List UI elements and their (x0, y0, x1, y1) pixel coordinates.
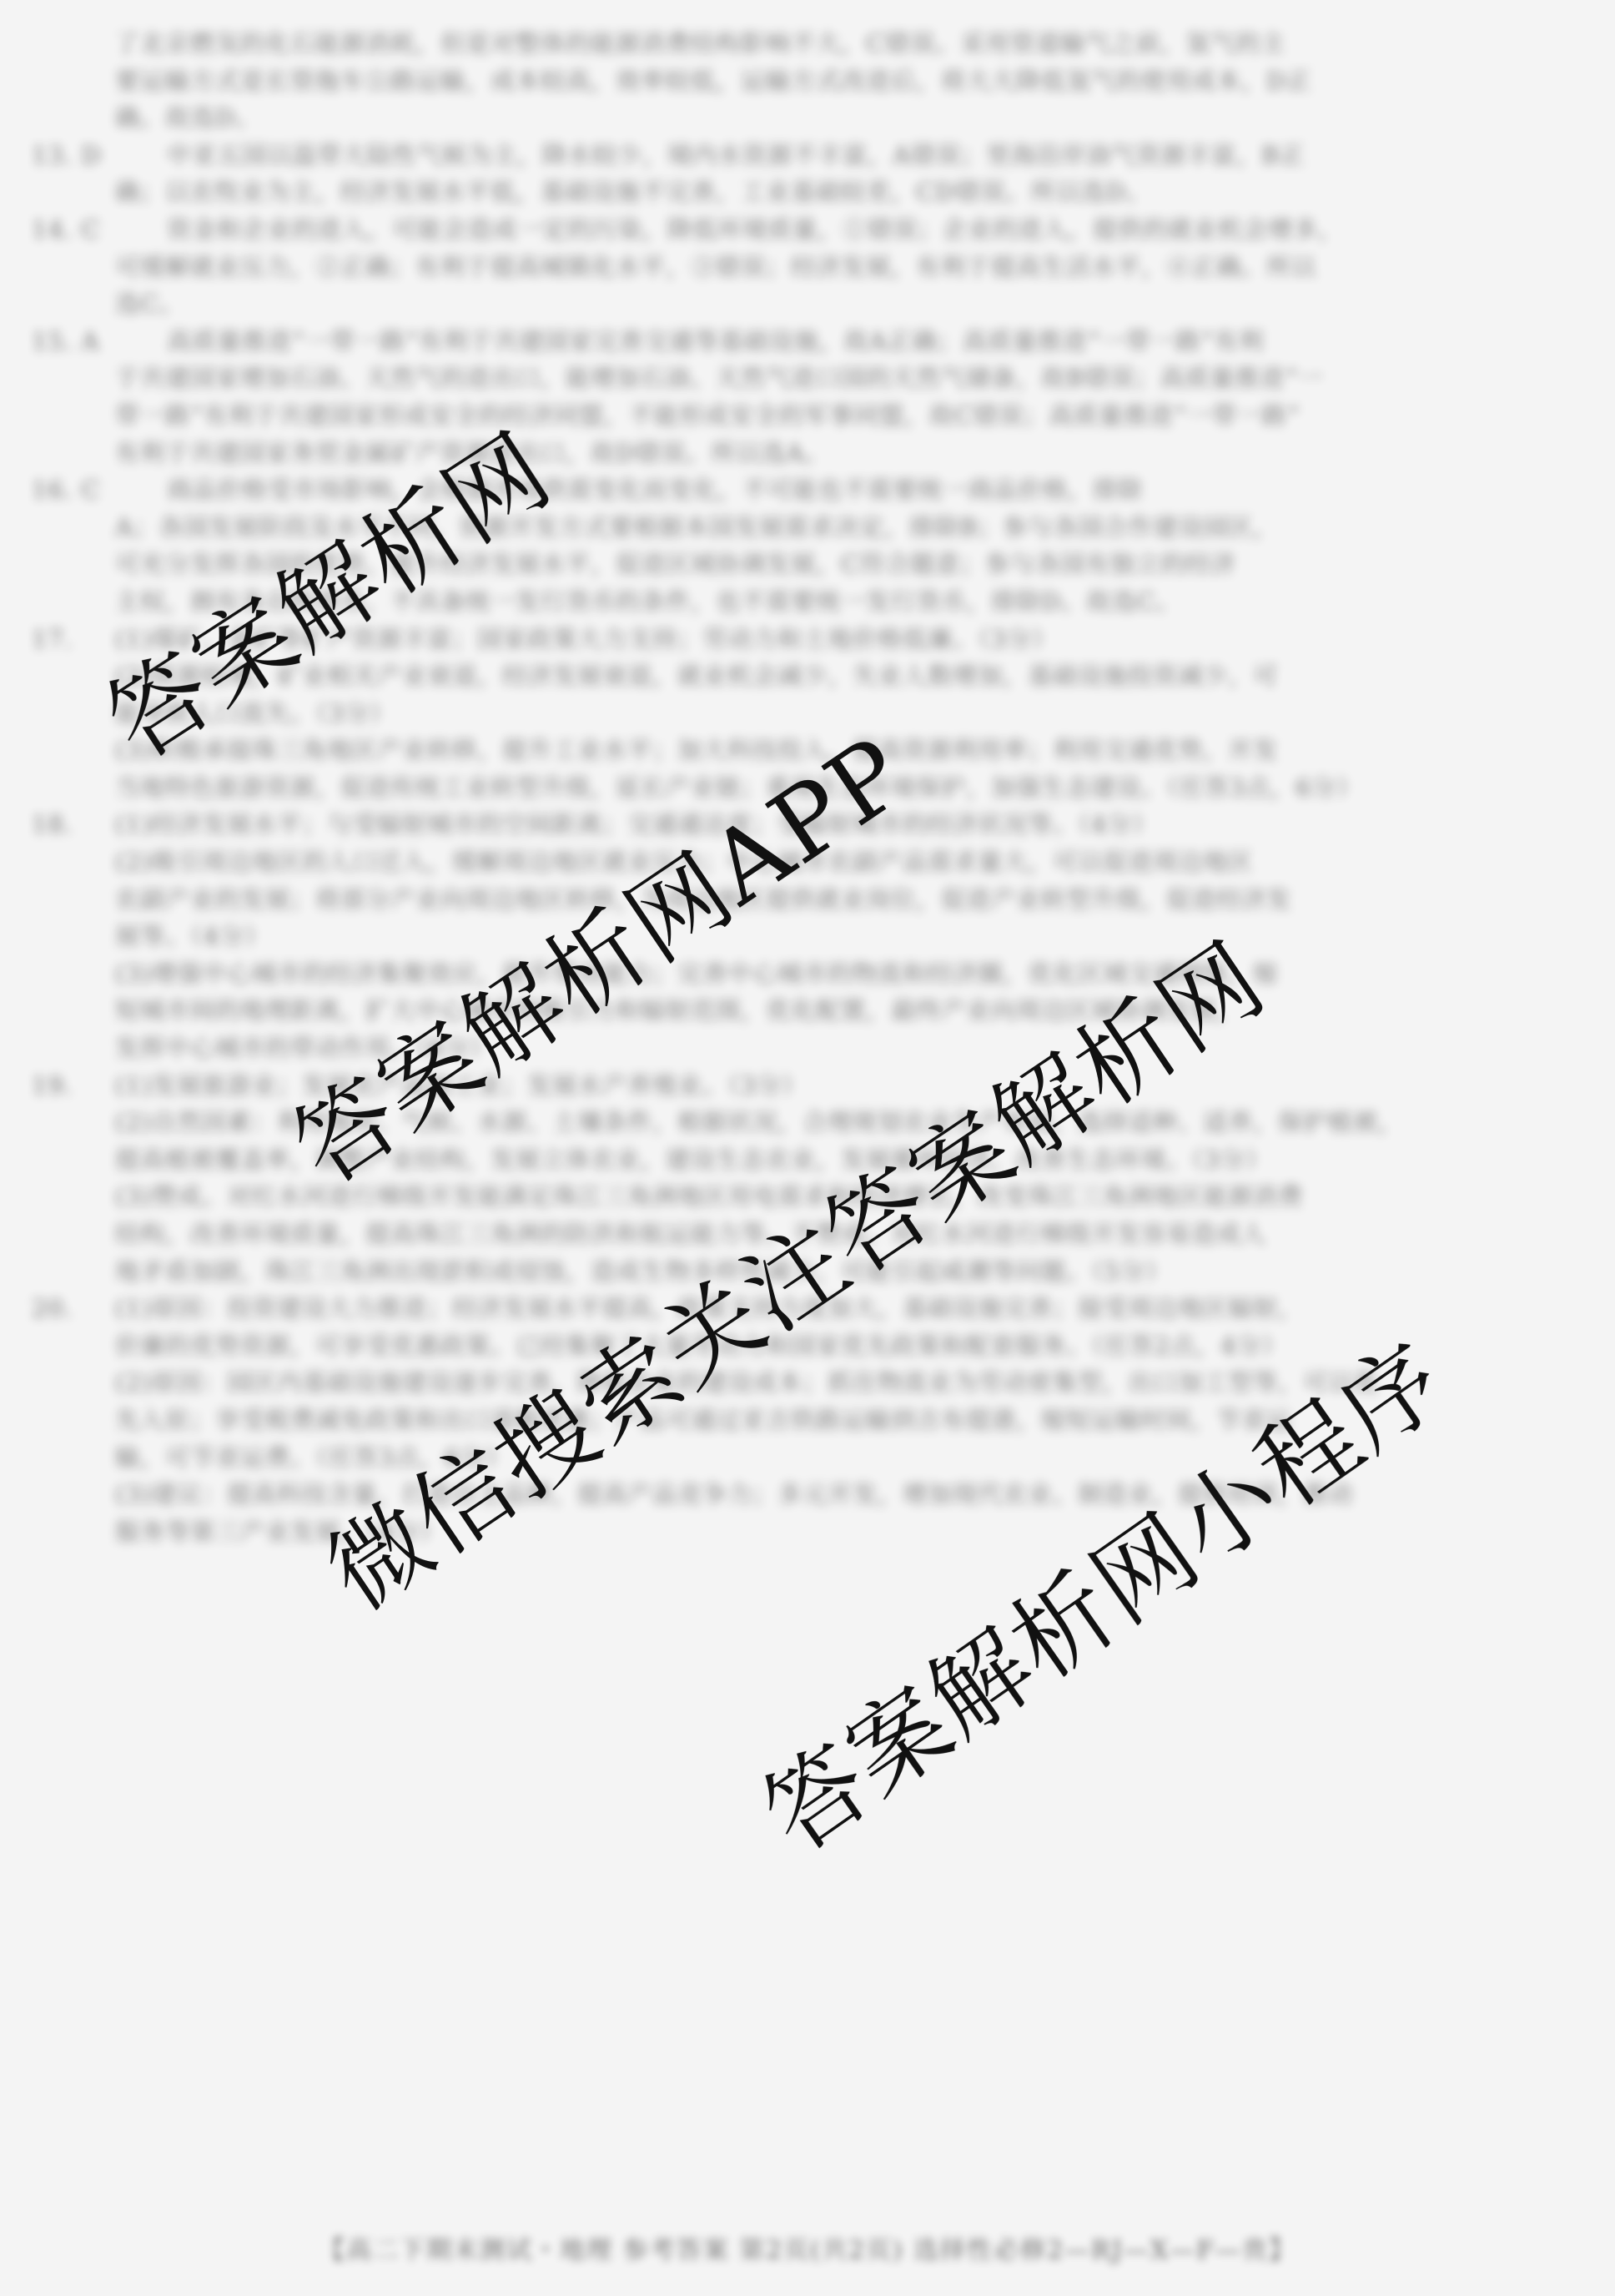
answer-line: 高质量推进“一带一路”有利于共建国家完善交通等基础设施，故A正确；高质量推进“一… (75, 323, 1552, 360)
answer-line: 展等。（4分） (75, 918, 1552, 955)
answer-item-14: 14. C 资金和企业的进入，可能会造成一定的污染，降低环境质量，①错误；企业的… (75, 211, 1552, 323)
question-number: 13. D (32, 137, 115, 174)
answer-line: 服务等第三产业发展。（4分） (75, 1513, 1552, 1551)
answer-line: 商品价格受市场影响，会根据市场供需变化而变化，不可能也不需要统一商品价格，排除 (75, 471, 1552, 509)
answer-line: 选C。 (75, 285, 1552, 323)
document-page: 了北京燃気的化石能源消耗，但是对整体的能源消费结构影响不大，C错误。采用管道输气… (0, 0, 1615, 2296)
answer-line: A；各国发展阶段及水平不同，资源开发方式要根据本国发展需求决定，排除B；参与各国… (75, 509, 1552, 546)
page-footer: 【高二下期末测试・地理 参考答案 第2页(共2页) 选择性必修2—RJ—X—F—… (0, 2229, 1615, 2266)
answer-line: 要运输方式是长管拖车公路运输，成本较高，效率较低，运输方式改进后，将大大降低氢气… (75, 63, 1552, 100)
answer-item-15: 15. A 高质量推进“一带一路”有利于共建国家完善交通等基础设施，故A正确；高… (75, 323, 1552, 471)
answer-line: 确；以农牧业为主，经济发展水平低，基础设施不完善，工业基础较差，CD错误。所以选… (75, 174, 1552, 211)
question-number: 17. (32, 621, 115, 658)
answer-line: 有利于共建国家务贸金属矿产资源进出口，故D错误。所以选A。 (75, 435, 1552, 472)
answer-line: 带一路”有利于共建国家形成安全的经济同盟，不能形成安全的军事同盟，故C错误；高质… (75, 397, 1552, 435)
answer-item-13: 13. D 中亚五国以温带大陆性气候为主，降水较少，境内水资源不丰富，A错误；里… (75, 137, 1552, 211)
answer-item: 了北京燃気的化石能源消耗，但是对整体的能源消费结构影响不大，C错误。采用管道输气… (75, 25, 1552, 137)
question-number: 20. (32, 1290, 115, 1327)
question-number: 18. (32, 806, 115, 843)
question-number: 16. C (32, 471, 115, 509)
answer-line: 确。故选D。 (75, 99, 1552, 137)
answer-line: 能导致人口流失。（3分） (75, 695, 1552, 733)
answer-line: 资金和企业的进入，可能会造成一定的污染，降低环境质量，①错误；企业的进入，提供的… (75, 211, 1552, 249)
answer-line: 中亚五国以温带大陆性气候为主，降水较少，境内水资源不丰富，A错误；里海沿岸油气资… (75, 137, 1552, 174)
question-number: 19. (32, 1067, 115, 1105)
answer-line: (3)增强中心城市的经济集聚效应，提升带动能力；完善中心城市的物流和经济圈，优化… (75, 955, 1552, 993)
answer-line: 可缓解就业压力，②正确；有利于提高城镇化水平，③错误；经济发展，有利于提高生活水… (75, 249, 1552, 286)
answer-line: 短城市间的地理距离，扩大中心城市的吸引力和辐射范围，优化配置，最终产业向周边区域… (75, 992, 1552, 1030)
answer-line: 发挥中心城市的带动作用。（6分） (75, 1030, 1552, 1067)
answer-line: 提高植被覆盖率，调整产业结构，发展立体农业，建设生态农业，发展循环经济，改善生态… (75, 1141, 1552, 1179)
answer-line: 农副产业的发展；将部分产业向周边地区转移，为周边地区提供就业岗位，促进产业转型升… (75, 881, 1552, 919)
question-number: 15. A (32, 323, 115, 360)
answer-line: 于共建国家增加石油、天然气的进出口，能增加石油、天然气进口国的天然气储备，故B错… (75, 360, 1552, 397)
question-number: 14. C (32, 211, 115, 249)
answer-line: 了北京燃気的化石能源消耗，但是对整体的能源消费结构影响不大，C错误。采用管道输气… (75, 25, 1552, 63)
